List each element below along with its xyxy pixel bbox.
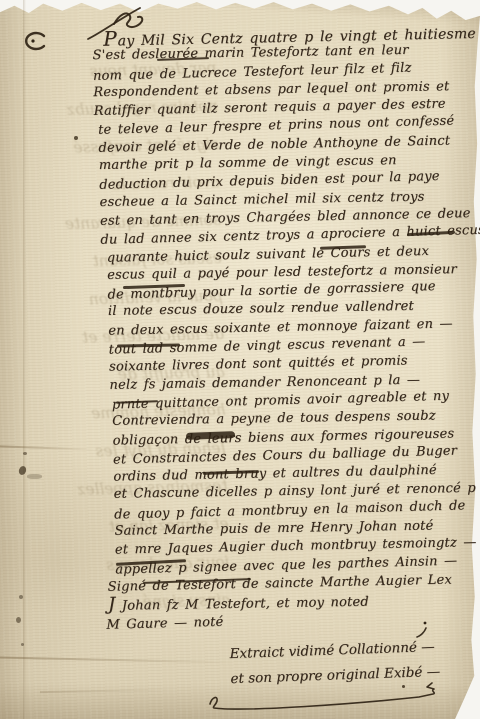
manuscript-photo: par devant nous notaire royal soubz sign…	[0, 0, 480, 719]
ink-blot	[19, 595, 23, 599]
ink-blot	[23, 452, 27, 455]
manuscript-text: Pay Mil Six Centz quatre p le vingt et h…	[90, 22, 480, 634]
ink-blot	[74, 136, 78, 140]
bottom-underline-flourish-icon	[200, 688, 455, 714]
ink-smudge	[27, 474, 42, 479]
paper-fold	[23, 0, 26, 719]
ink-blot	[16, 617, 21, 623]
margin-ring-mark-icon	[20, 30, 50, 54]
closing-note: Extraict vidimé Collationné — et son pro…	[229, 634, 466, 692]
ink-blot	[21, 643, 24, 646]
